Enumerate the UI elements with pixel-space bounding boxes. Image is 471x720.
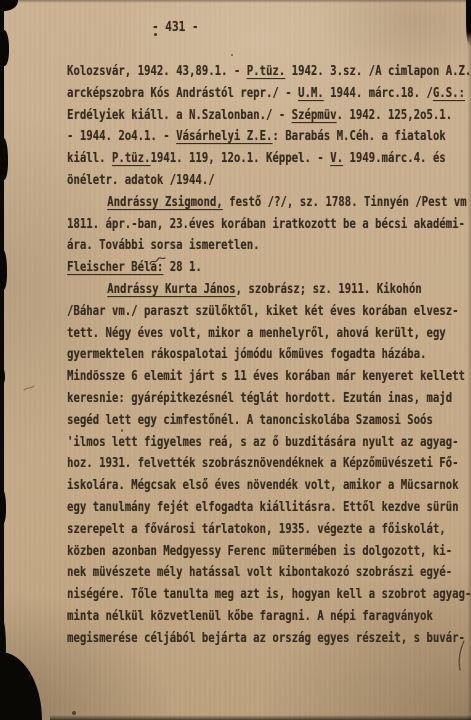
text-line: nek müvészete mély hatással volt kibonta… xyxy=(67,562,405,584)
text-line: Erdélyiek kiáll. a N.Szalonban./ - Szépm… xyxy=(67,105,405,127)
scan-edge-blob xyxy=(0,138,8,180)
text-line: niségére. Tőle tanulta meg azt is, hogya… xyxy=(67,584,405,606)
text-segment: Szépmüv xyxy=(292,108,337,123)
text-segment: Erdélyiek kiáll. a N.Szalonban./ - xyxy=(67,108,292,123)
text-segment: festő /?/, sz. 1788. Tinnyén /Pest vm xyxy=(223,195,467,210)
text-segment: gyermektelen rákospalotai jómódu kőmüves… xyxy=(67,347,426,362)
text-segment: önéletr. adatok /1944./ xyxy=(67,173,215,188)
scan-edge-blob xyxy=(0,250,7,290)
text-line: Mindössze 6 elemit járt s 11 éves korába… xyxy=(67,366,405,388)
text-line: önéletr. adatok /1944./ xyxy=(67,170,405,192)
pencil-mark-icon xyxy=(23,383,35,393)
text-segment: iskolára. Mégcsak első éves növendék vol… xyxy=(67,478,458,493)
ink-speck xyxy=(154,33,157,36)
text-segment: arcképszobra Kós Andrástól repr./ - xyxy=(67,86,298,101)
text-segment: Kolozsvár, 1942. 43,89.1. - xyxy=(67,64,247,79)
scan-edge-blob xyxy=(0,368,5,384)
text-segment: 1942. 3.sz. /A cimlapon A.Z. xyxy=(285,64,471,79)
scan-edge-blob xyxy=(0,30,9,66)
text-block: Kolozsvár, 1942. 43,89.1. - P.tüz. 1942.… xyxy=(67,61,471,650)
text-line: szerepelt a fővárosi tárlatokon, 1935. v… xyxy=(67,519,405,541)
text-segment: /Báhar vm./ paraszt szülőktől, kiket két… xyxy=(67,304,458,319)
text-segment: 1941. 119, 12o.1. Képpel. - xyxy=(150,151,330,166)
text-segment: tett. Négy éves volt, mikor a menhelyről… xyxy=(67,326,446,341)
text-segment: egy tanulmány fejét elfogadta kiállitásr… xyxy=(67,500,458,515)
text-line: ára. További sorsa ismeretlen. xyxy=(67,235,405,257)
text-line: 1811. ápr.-ban, 23.éves korában iratkozo… xyxy=(67,214,405,236)
text-segment: Andrássy Kurta János xyxy=(107,282,235,297)
text-segment: segéd lett egy cimfestőnél. A tanoncisko… xyxy=(67,413,433,428)
text-segment: 1949.márc.4. és xyxy=(343,151,446,166)
text-segment: U.M. xyxy=(298,86,324,101)
text-segment: - 1944. 2o4.1. - xyxy=(67,129,176,144)
ink-speck xyxy=(121,429,123,432)
text-segment: minta nélkül közvetlenül kőbe faragni. A… xyxy=(67,609,433,624)
text-line: egy tanulmány fejét elfogadta kiállitásr… xyxy=(67,497,405,519)
scan-edge-left xyxy=(0,0,4,720)
text-segment: nek müvészete mély hatással volt kibonta… xyxy=(67,565,452,580)
text-segment: 1811. ápr.-ban, 23.éves korában iratkozo… xyxy=(67,217,465,232)
text-line: Andrássy Zsigmond, festő /?/, sz. 1788. … xyxy=(67,192,405,214)
text-line: - 1944. 2o4.1. - Vásárhelyi Z.E.: Barabá… xyxy=(67,126,405,148)
text-segment: szerepelt a fővárosi tárlatokon, 1935. v… xyxy=(67,522,446,537)
scan-edge-blob xyxy=(0,490,6,524)
scan-edge-bottom xyxy=(50,715,471,720)
text-segment: Vásárhelyi Z.E. xyxy=(176,129,272,144)
text-segment: hoz. 1931. felvették szobrásznövendéknek… xyxy=(67,456,458,471)
text-segment: P.tüz. xyxy=(112,151,151,166)
text-segment: 'ilmos lett figyelmes reá, s az ő buzdit… xyxy=(67,435,458,450)
paper-page: - 431 - Kolozsvár, 1942. 43,89.1. - P.tü… xyxy=(4,0,471,720)
text-segment: Mindössze 6 elemit járt s 11 éves korába… xyxy=(67,369,465,384)
text-segment: keresnie: gyárépitkezésnél téglát hordot… xyxy=(67,391,452,406)
text-segment: V. xyxy=(330,151,343,166)
text-line: gyermektelen rákospalotai jómódu kőmüves… xyxy=(67,344,405,366)
text-segment: kiáll. xyxy=(67,151,112,166)
text-segment: : Barabás M.Céh. a fiatalok xyxy=(272,129,445,144)
text-line: 'ilmos lett figyelmes reá, s az ő buzdit… xyxy=(67,432,405,454)
text-line: tett. Négy éves volt, mikor a menhelyről… xyxy=(67,323,405,345)
text-segment: 28 1. xyxy=(163,260,202,275)
text-line: /Báhar vm./ paraszt szülőktől, kiket két… xyxy=(67,301,405,323)
text-line: segéd lett egy cimfestőnél. A tanoncisko… xyxy=(67,410,405,432)
text-line: Kolozsvár, 1942. 43,89.1. - P.tüz. 1942.… xyxy=(67,61,405,83)
text-segment: P.tüz. xyxy=(247,64,286,79)
text-line: minta nélkül közvetlenül kőbe faragni. A… xyxy=(67,606,405,628)
text-segment: közben azonban Medgyessy Ferenc müterméb… xyxy=(67,544,452,559)
text-segment: niségére. Tőle tanulta meg azt is, hogya… xyxy=(67,587,471,602)
scan-edge-top xyxy=(4,0,471,3)
text-line: megismerése céljából bejárta az ország e… xyxy=(67,628,405,650)
scan-edge-right-shadow xyxy=(467,40,471,720)
text-segment: Andrássy Zsigmond, xyxy=(107,195,223,210)
text-line: Andrássy Kurta János, szobrász; sz. 1911… xyxy=(67,279,405,301)
page-number: - 431 - xyxy=(152,20,199,35)
text-segment: . 1942. 125,2o5.1. xyxy=(337,108,453,123)
text-line: arcképszobra Kós Andrástól repr./ - U.M.… xyxy=(67,83,405,105)
text-line: keresnie: gyárépitkezésnél téglát hordot… xyxy=(67,388,405,410)
text-line: közben azonban Medgyessy Ferenc müterméb… xyxy=(67,541,405,563)
text-segment: 1944. márc.18. / xyxy=(324,86,433,101)
handwriting-squiggle xyxy=(149,256,167,267)
text-segment: , szobrász; sz. 1911. Kikohón xyxy=(236,282,422,297)
text-segment: megismerése céljából bejárta az ország e… xyxy=(67,631,465,646)
text-line: iskolára. Mégcsak első éves növendék vol… xyxy=(67,475,405,497)
text-segment: G.S.: xyxy=(433,86,465,101)
scanned-document: - 431 - Kolozsvár, 1942. 43,89.1. - P.tü… xyxy=(0,0,471,720)
text-line: Fleischer Béla: 28 1. xyxy=(67,257,405,279)
ink-speck xyxy=(231,54,233,56)
text-segment: ára. További sorsa ismeretlen. xyxy=(67,238,260,253)
pen-stroke-icon xyxy=(453,640,467,672)
text-line: kiáll. P.tüz.1941. 119, 12o.1. Képpel. -… xyxy=(67,148,405,170)
text-line: hoz. 1931. felvették szobrásznövendéknek… xyxy=(67,453,405,475)
